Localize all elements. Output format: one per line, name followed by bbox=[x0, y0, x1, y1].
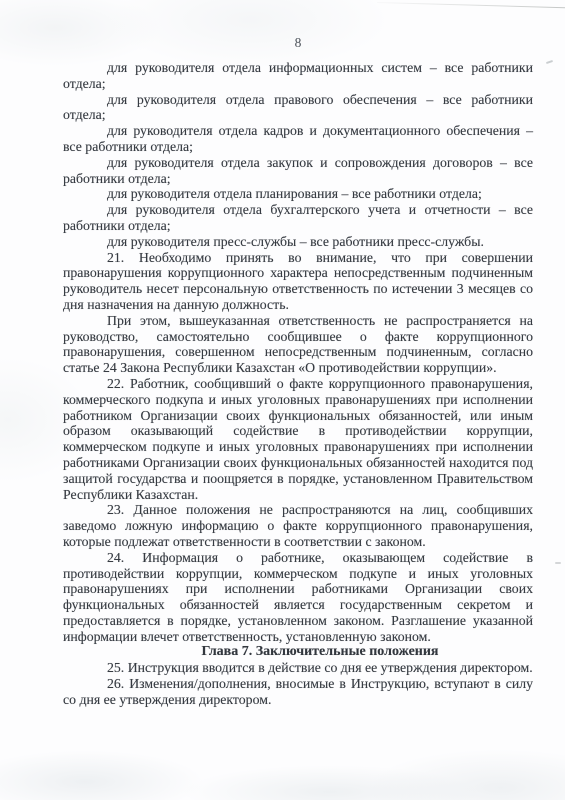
scan-speck-artifact bbox=[546, 60, 553, 64]
list-item: для руководителя отдела закупок и сопров… bbox=[63, 155, 533, 187]
paragraph-21: 21. Необходимо принять во внимание, что … bbox=[63, 250, 533, 313]
document-body: для руководителя отдела информационных с… bbox=[63, 60, 533, 708]
paragraph-25: 25. Инструкция вводится в действие со дн… bbox=[63, 660, 533, 676]
paragraph-24: 24. Информация о работнике, оказывающем … bbox=[63, 550, 533, 645]
list-item: для руководителя отдела информационных с… bbox=[63, 60, 533, 92]
paragraph-23: 23. Данное положения не распространяются… bbox=[63, 502, 533, 549]
page-number: 8 bbox=[63, 35, 533, 51]
list-item: для руководителя пресс-службы – все рабо… bbox=[63, 234, 533, 250]
chapter-heading: Глава 7. Заключительные положения bbox=[63, 644, 533, 660]
list-item: для руководителя отдела планирования – в… bbox=[63, 186, 533, 202]
list-item: для руководителя отдела кадров и докумен… bbox=[63, 123, 533, 155]
paragraph-21-continued: При этом, вышеуказанная ответственность … bbox=[63, 313, 533, 376]
list-item: для руководителя отдела бухгалтерского у… bbox=[63, 202, 533, 234]
paragraph-22: 22. Работник, сообщивший о факте коррупц… bbox=[63, 376, 533, 502]
paragraph-26: 26. Изменения/дополнения, вносимые в Инс… bbox=[63, 676, 533, 708]
scan-speck-artifact bbox=[555, 562, 561, 564]
list-item: для руководителя отдела правового обеспе… bbox=[63, 92, 533, 124]
document-page: 8 для руководителя отдела информационных… bbox=[0, 0, 565, 800]
scan-edge-artifact bbox=[377, 2, 565, 8]
